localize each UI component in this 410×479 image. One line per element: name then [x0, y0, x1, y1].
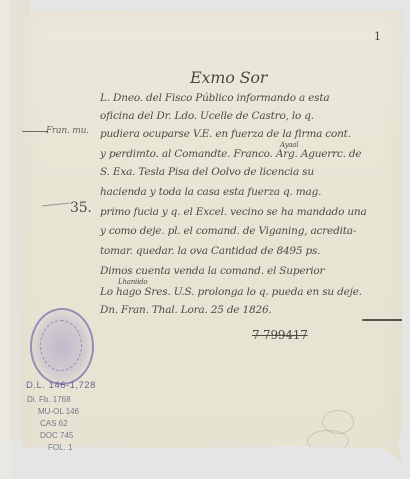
body-line: hacienda y toda la casa esta fuerza q. m…: [100, 186, 321, 198]
body-line: L. Dneo. del Fisco Público informando a …: [100, 92, 329, 104]
struck-number: 7 799417: [252, 328, 308, 342]
body-line: S. Exa. Tesla Pisa del Oolvo de licencia…: [100, 166, 314, 178]
body-line: Lo hago Sres. U.S. prolonga lo q. pueda …: [100, 286, 362, 298]
body-line: primo fucia y q. el Excel. vecino se ha …: [100, 206, 367, 218]
body-line: tomar. quedar. la ova Cantidad de 8495 p…: [100, 245, 320, 257]
margin-reference: 35.: [70, 200, 92, 216]
body-line: Dimos cuenta venda la comand. el Superio…: [100, 265, 324, 277]
salutation: Exmo Sor: [190, 68, 267, 87]
folio-number: 1: [374, 30, 381, 43]
archive-annotation: MU-OL 146: [38, 407, 79, 416]
archive-reference: D.L. 146-1,728: [26, 380, 96, 391]
body-line: y como deje. pl. el comand. de Viganing,…: [100, 225, 356, 237]
body-line: pudiera ocuparse V.E. en fuerza de la fi…: [100, 128, 351, 140]
body-line: y perdimto. al Comandte. Franco. Arg. Ag…: [100, 148, 361, 160]
margin-note: Fran. mu.: [46, 126, 89, 136]
archive-annotation: Di. Fb. 1768: [27, 395, 71, 404]
archive-stamp: [30, 308, 94, 385]
manuscript-page: 1 Exmo Sor Fran. mu. 35. L. Dneo. del Fi…: [22, 10, 402, 462]
coat-of-arms-icon: [40, 320, 82, 371]
date-line: Dn. Fran. Thal. Lora. 25 de 1826.: [100, 304, 272, 316]
paper-stain: [307, 430, 349, 452]
archive-annotation: FOL. 1: [48, 443, 72, 452]
archive-annotation: CAS 62: [40, 419, 68, 428]
margin-ref-rule: [42, 203, 70, 207]
back-sheet-fold: [0, 0, 10, 479]
interlinear-note: Lhaniido: [118, 278, 147, 286]
margin-rule: [22, 131, 48, 132]
closing-flourish: [362, 319, 407, 321]
body-line: oficina del Dr. Ldo. Ucelle de Castro, l…: [100, 110, 314, 122]
archive-annotation: DOC 745: [40, 431, 73, 440]
